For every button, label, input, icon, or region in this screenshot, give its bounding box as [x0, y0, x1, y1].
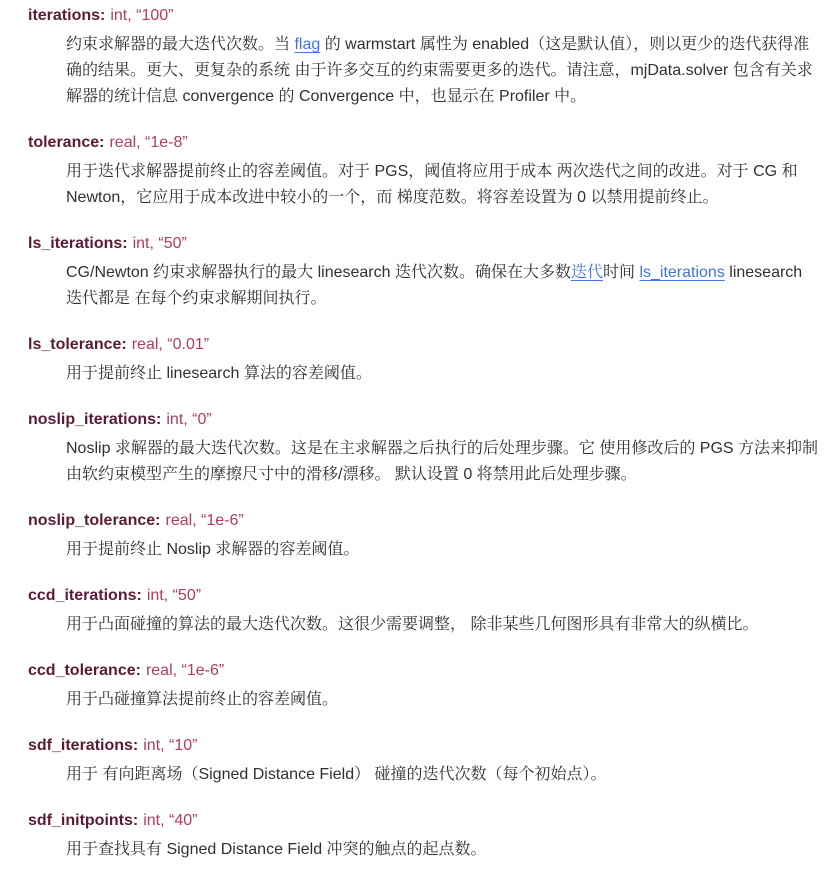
description-text: 用于凸碰撞算法提前终止的容差阈值。	[66, 691, 338, 708]
attribute-type-default: real, “1e-6”	[165, 512, 243, 529]
description-text: 用于提前终止 linesearch 算法的容差阈值。	[66, 365, 372, 382]
definition-entry: ccd_iterations:int, “50”用于凸面碰撞的算法的最大迭代次数…	[28, 583, 821, 638]
attribute-name: sdf_initpoints	[28, 812, 133, 829]
description-text: 用于迭代求解器提前终止的容差阈值。对于 PGS，阈值将应用于成本 两次迭代之间的…	[66, 163, 798, 206]
attribute-type-default: int, “100”	[110, 7, 173, 24]
attribute-name: noslip_tolerance	[28, 512, 155, 529]
separator: :	[122, 235, 127, 252]
attribute-name: noslip_iterations	[28, 411, 156, 428]
attribute-name: tolerance	[28, 134, 99, 151]
separator: :	[136, 587, 141, 604]
description-text: 时间	[603, 264, 639, 281]
separator: :	[133, 812, 138, 829]
attribute-type-default: int, “0”	[166, 411, 211, 428]
definition-list: iterations:int, “100”约束求解器的最大迭代次数。当 flag…	[28, 3, 821, 863]
definition-entry: sdf_iterations:int, “10”用于 有向距离场（Signed …	[28, 733, 821, 788]
term-line: sdf_iterations:int, “10”	[28, 733, 821, 759]
description-text: 用于查找具有 Signed Distance Field 冲突的触点的起点数。	[66, 841, 487, 858]
attribute-type-default: real, “0.01”	[132, 336, 209, 353]
term-line: iterations:int, “100”	[28, 3, 821, 29]
attribute-description: CG/Newton 约束求解器执行的最大 linesearch 迭代次数。确保在…	[66, 260, 821, 312]
flag-link[interactable]: flag	[294, 36, 320, 53]
separator: :	[100, 7, 105, 24]
attribute-name: sdf_iterations	[28, 737, 133, 754]
description-text: 用于提前终止 Noslip 求解器的容差阈值。	[66, 541, 359, 558]
term-line: tolerance:real, “1e-8”	[28, 130, 821, 156]
attribute-reference-page: iterations:int, “100”约束求解器的最大迭代次数。当 flag…	[0, 0, 835, 893]
description-text: 用于 有向距离场（Signed Distance Field） 碰撞的迭代次数（…	[66, 766, 607, 783]
definition-entry: iterations:int, “100”约束求解器的最大迭代次数。当 flag…	[28, 3, 821, 110]
description-text: CG/Newton 约束求解器执行的最大 linesearch 迭代次数。确保在…	[66, 264, 571, 281]
definition-entry: tolerance:real, “1e-8”用于迭代求解器提前终止的容差阈值。对…	[28, 130, 821, 211]
separator: :	[133, 737, 138, 754]
term-line: noslip_tolerance:real, “1e-6”	[28, 508, 821, 534]
attribute-type-default: int, “10”	[143, 737, 197, 754]
term-line: ls_tolerance:real, “0.01”	[28, 332, 821, 358]
attribute-type-default: int, “50”	[147, 587, 201, 604]
attribute-name: iterations	[28, 7, 100, 24]
definition-entry: sdf_initpoints:int, “40”用于查找具有 Signed Di…	[28, 808, 821, 863]
attribute-description: 用于查找具有 Signed Distance Field 冲突的触点的起点数。	[66, 837, 821, 863]
attribute-name: ls_iterations	[28, 235, 122, 252]
description-text: 约束求解器的最大迭代次数。当	[66, 36, 294, 53]
attribute-description: 用于凸面碰撞的算法的最大迭代次数。这很少需要调整， 除非某些几何图形具有非常大的…	[66, 612, 821, 638]
attribute-name: ccd_tolerance	[28, 662, 136, 679]
attribute-type-default: int, “50”	[133, 235, 187, 252]
ls-iterations-link[interactable]: ls_iterations	[639, 264, 724, 281]
attribute-description: 约束求解器的最大迭代次数。当 flag 的 warmstart 属性为 enab…	[66, 32, 821, 110]
separator: :	[155, 512, 160, 529]
attribute-description: Noslip 求解器的最大迭代次数。这是在主求解器之后执行的后处理步骤。它 使用…	[66, 436, 821, 488]
separator: :	[121, 336, 126, 353]
attribute-description: 用于提前终止 linesearch 算法的容差阈值。	[66, 361, 821, 387]
separator: :	[136, 662, 141, 679]
attribute-description: 用于提前终止 Noslip 求解器的容差阈值。	[66, 537, 821, 563]
description-text: Noslip 求解器的最大迭代次数。这是在主求解器之后执行的后处理步骤。它 使用…	[66, 440, 818, 483]
definition-entry: ccd_tolerance:real, “1e-6”用于凸碰撞算法提前终止的容差…	[28, 658, 821, 713]
attribute-description: 用于凸碰撞算法提前终止的容差阈值。	[66, 687, 821, 713]
term-line: ls_iterations:int, “50”	[28, 231, 821, 257]
attribute-description: 用于 有向距离场（Signed Distance Field） 碰撞的迭代次数（…	[66, 762, 821, 788]
iterations-link[interactable]: 迭代	[571, 264, 603, 281]
attribute-type-default: real, “1e-6”	[146, 662, 224, 679]
term-line: ccd_iterations:int, “50”	[28, 583, 821, 609]
separator: :	[156, 411, 161, 428]
definition-entry: ls_tolerance:real, “0.01”用于提前终止 linesear…	[28, 332, 821, 387]
attribute-type-default: int, “40”	[143, 812, 197, 829]
definition-entry: ls_iterations:int, “50”CG/Newton 约束求解器执行…	[28, 231, 821, 312]
attribute-type-default: real, “1e-8”	[109, 134, 187, 151]
attribute-description: 用于迭代求解器提前终止的容差阈值。对于 PGS，阈值将应用于成本 两次迭代之间的…	[66, 159, 821, 211]
definition-entry: noslip_iterations:int, “0”Noslip 求解器的最大迭…	[28, 407, 821, 488]
term-line: sdf_initpoints:int, “40”	[28, 808, 821, 834]
term-line: noslip_iterations:int, “0”	[28, 407, 821, 433]
attribute-name: ls_tolerance	[28, 336, 121, 353]
term-line: ccd_tolerance:real, “1e-6”	[28, 658, 821, 684]
definition-entry: noslip_tolerance:real, “1e-6”用于提前终止 Nosl…	[28, 508, 821, 563]
description-text: 用于凸面碰撞的算法的最大迭代次数。这很少需要调整， 除非某些几何图形具有非常大的…	[66, 616, 758, 633]
attribute-name: ccd_iterations	[28, 587, 136, 604]
separator: :	[99, 134, 104, 151]
